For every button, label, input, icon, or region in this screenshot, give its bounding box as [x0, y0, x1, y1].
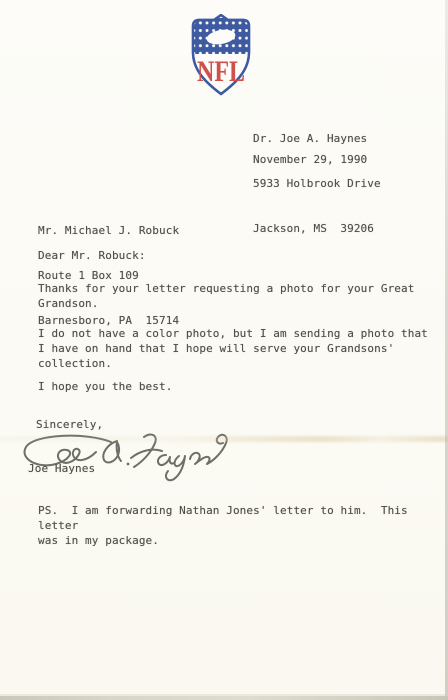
- sender-street: 5933 Holbrook Drive: [253, 176, 381, 191]
- letter-page: NFL Dr. Joe A. Haynes 5933 Holbrook Driv…: [0, 0, 448, 700]
- nfl-logo: NFL: [187, 14, 255, 99]
- postscript: PS. I am forwarding Nathan Jones' letter…: [38, 503, 438, 548]
- nfl-logo-text: NFL: [197, 55, 245, 88]
- typed-signature-name: Joe Haynes: [28, 461, 95, 476]
- body-paragraph-3: I hope you the best.: [38, 379, 438, 394]
- sender-city-state-zip: Jackson, MS 39206: [253, 221, 381, 236]
- sender-name: Dr. Joe A. Haynes: [253, 131, 381, 146]
- letter-date: November 29, 1990: [253, 152, 367, 167]
- body-paragraph-2: I do not have a color photo, but I am se…: [38, 326, 438, 371]
- recipient-name: Mr. Michael J. Robuck: [38, 223, 179, 238]
- body-paragraph-1: Thanks for your letter requesting a phot…: [38, 281, 438, 311]
- sender-address-block: Dr. Joe A. Haynes 5933 Holbrook Drive Ja…: [253, 101, 381, 266]
- nfl-shield-icon: NFL: [187, 14, 255, 99]
- paper-edge-bottom: [0, 696, 448, 700]
- salutation: Dear Mr. Robuck:: [38, 248, 146, 263]
